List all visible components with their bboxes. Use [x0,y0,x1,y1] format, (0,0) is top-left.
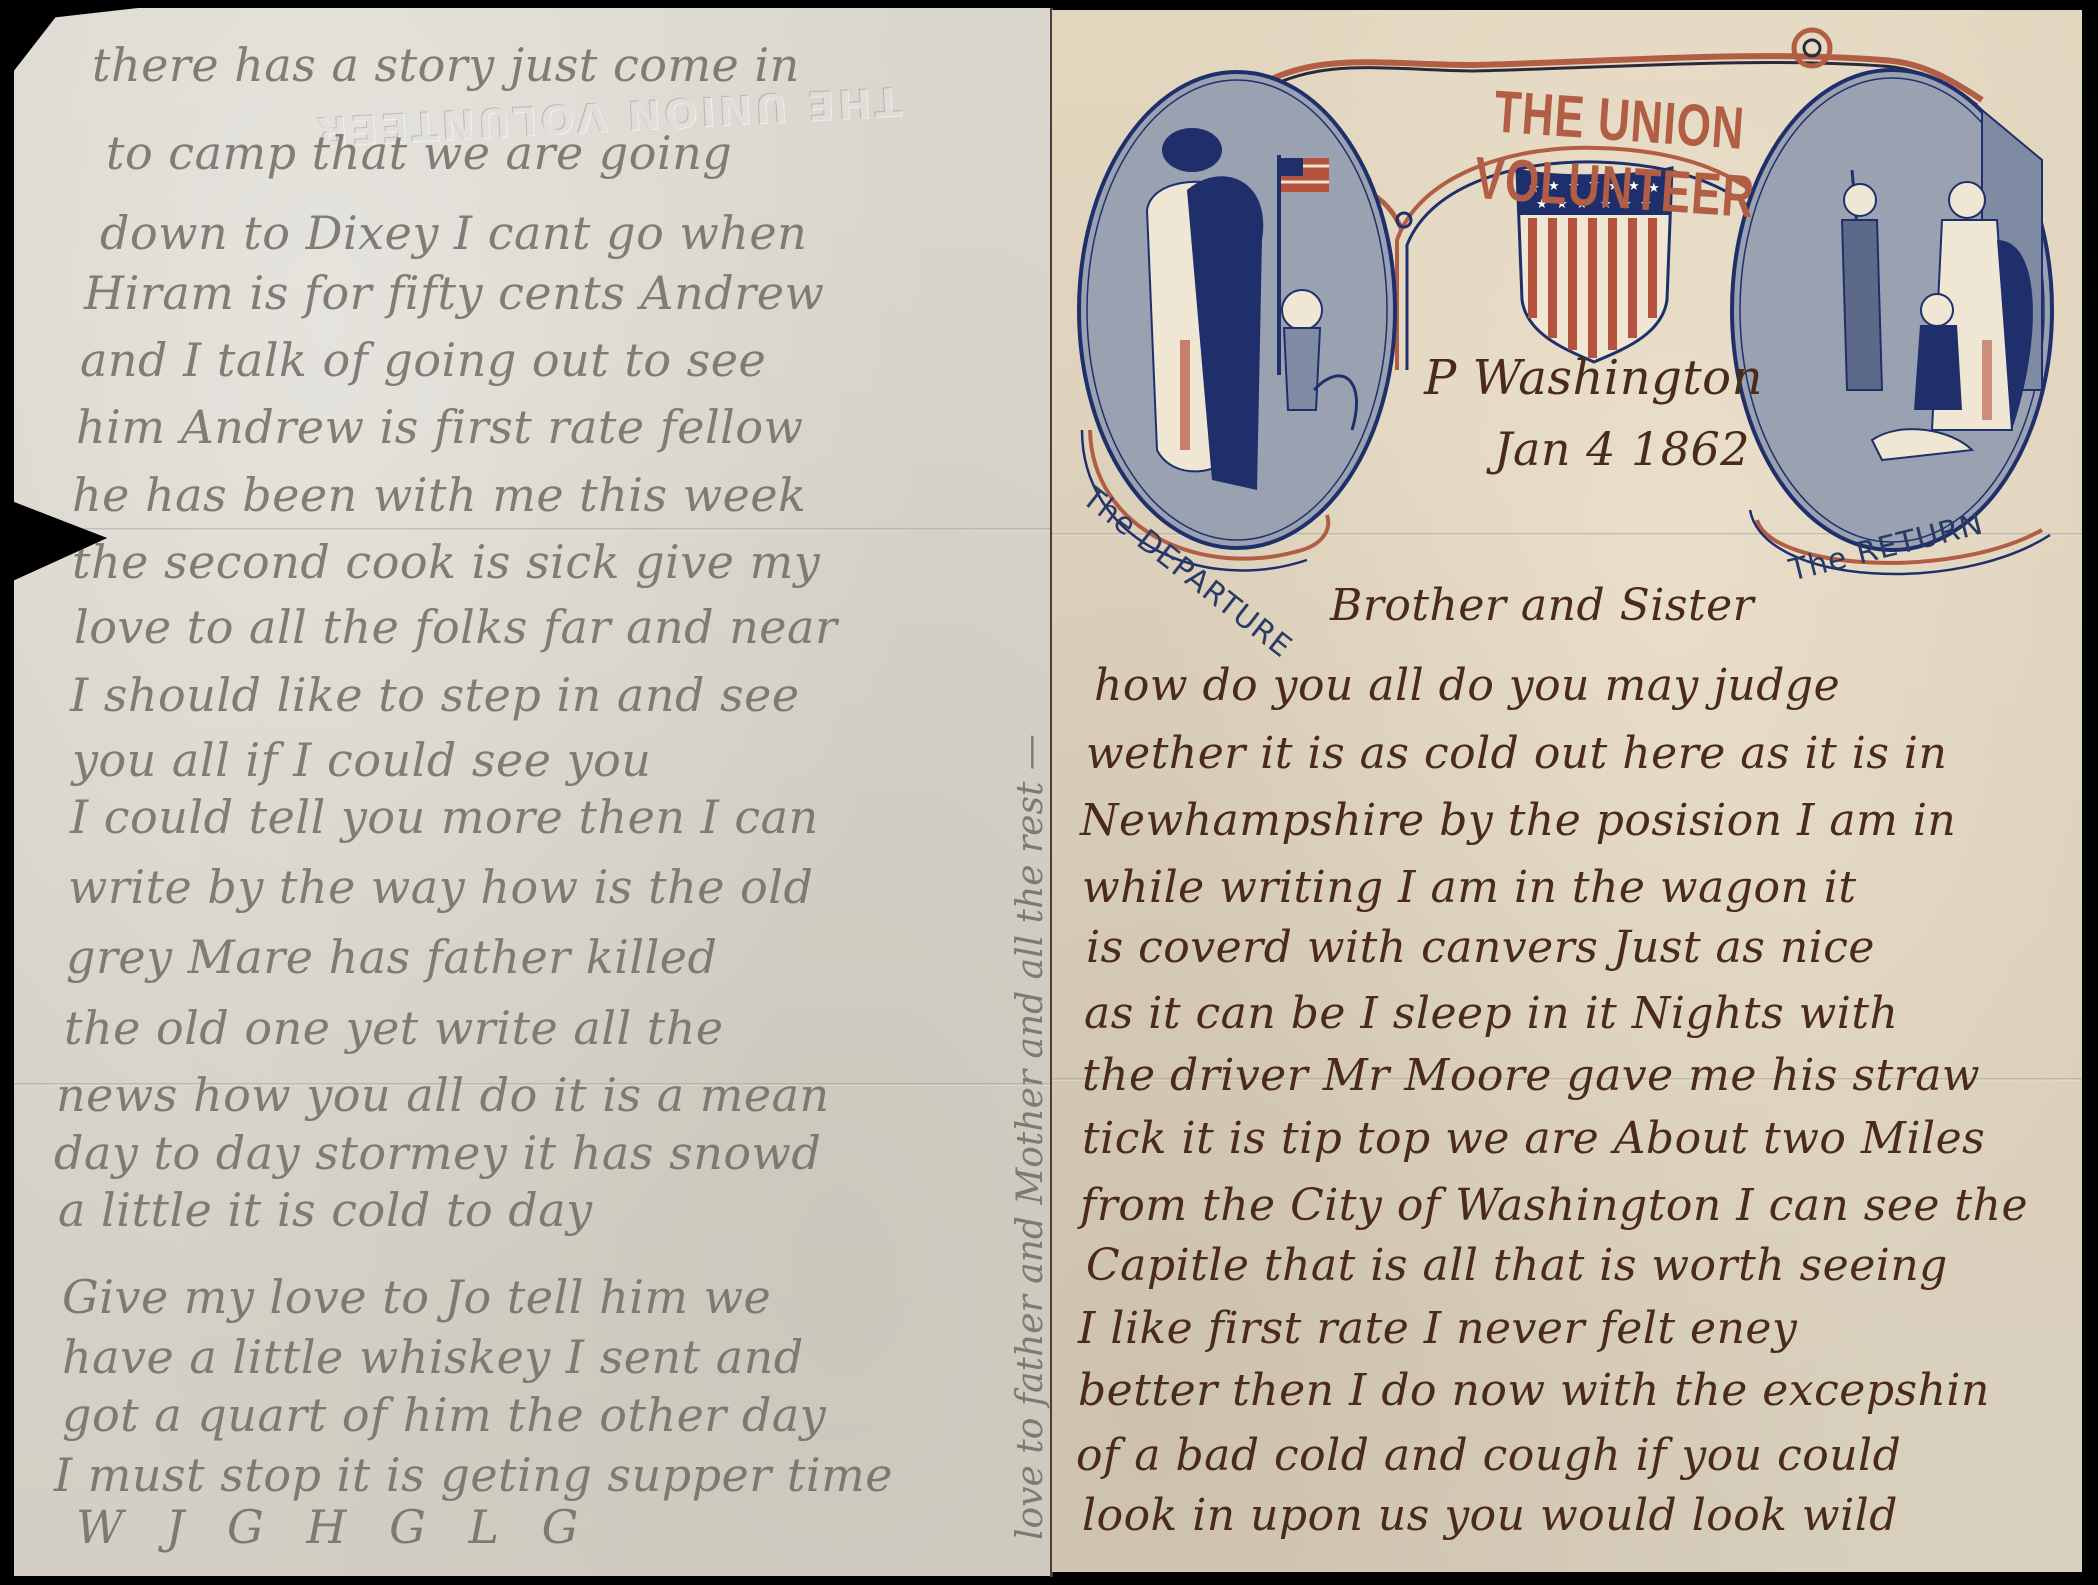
text-line: as it can be I sleep in it Nights with [1084,988,1898,1039]
text-line: tick it is tip top we are About two Mile… [1082,1113,1985,1164]
text-line: there has a story just come in [92,38,800,92]
text-line: write by the way how is the old [68,860,813,914]
text-line: I must stop it is geting supper time [54,1448,893,1502]
text-line: from the City of Washington I can see th… [1080,1180,2028,1231]
text-line: is coverd with canvers Just as nice [1086,922,1875,973]
letterhead: ★★★★★★★ ★★★★★★ [1052,10,2082,590]
date-line: Jan 4 1862 [1494,422,1750,476]
place-line: P Washington [1424,350,1763,406]
text-line: better then I do now with the excepshin [1078,1365,1990,1416]
text-line: Capitle that is all that is worth seeing [1086,1240,1948,1291]
text-line: wether it is as cold out here as it is i… [1086,728,1947,779]
text-line: look in upon us you would look wild [1082,1490,1898,1541]
text-line: he has been with me this week [72,468,806,522]
text-line: to camp that we are going [106,126,732,180]
text-line: the old one yet write all the [64,1001,724,1055]
text-line: while writing I am in the wagon it [1082,862,1857,913]
text-line: a little it is cold to day [58,1183,593,1237]
signature-initials: W J G H G L G [76,1500,592,1554]
margin-note-vertical: love to father and Mother and all the re… [1010,734,1051,1540]
text-line: you all if I could see you [72,733,651,787]
text-line: Hiram is for fifty cents Andrew [84,266,824,320]
text-line: and I talk of going out to see [80,333,766,387]
salutation: Brother and Sister [1330,580,1754,631]
letter-page-right: ★★★★★★★ ★★★★★★ [1052,10,2082,1572]
text-line: news how you all do it is a mean [56,1068,830,1122]
text-line: Newhampshire by the posision I am in [1080,795,1956,846]
text-line: down to Dixey I cant go when [100,206,807,260]
text-line: of a bad cold and cough if you could [1076,1430,1901,1481]
text-line: I could tell you more then I can [70,790,819,844]
text-line: him Andrew is first rate fellow [76,400,803,454]
letter-page-left: THE UNION VOLUNTEER there has a story ju… [14,8,1050,1576]
text-line: Give my love to Jo tell him we [62,1270,771,1324]
text-line: grey Mare has father killed [66,930,717,984]
text-line: love to all the folks far and near [74,600,837,654]
text-line: have a little whiskey I sent and [62,1330,804,1384]
text-line: day to day stormey it has snowd [54,1126,821,1180]
text-line: the driver Mr Moore gave me his straw [1082,1050,1980,1101]
text-line: how do you all do you may judge [1094,660,1840,711]
fold-line [14,528,1050,531]
text-line: I like first rate I never felt eney [1078,1303,1797,1354]
text-line: got a quart of him the other day [62,1388,826,1442]
text-line: the second cook is sick give my [72,535,820,589]
text-line: I should like to step in and see [70,668,800,722]
